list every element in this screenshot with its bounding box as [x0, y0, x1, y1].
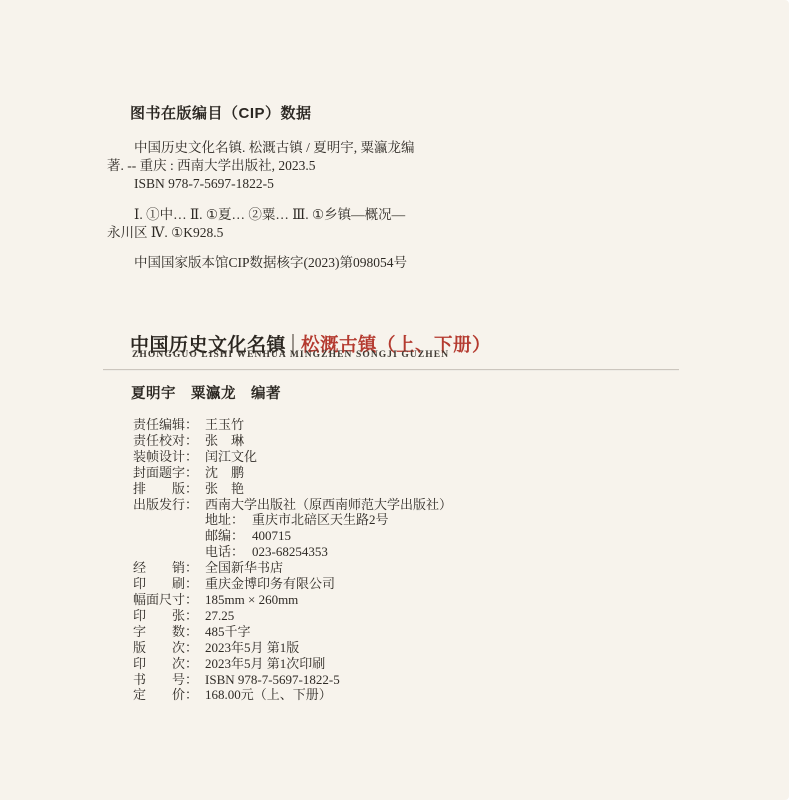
- divider-rule: [103, 369, 679, 371]
- colophon-label: 字 数：: [133, 624, 198, 640]
- colophon-value: 2023年5月 第1版: [205, 640, 299, 655]
- cip-paragraph-bibliographic: 中国历史文化名镇. 松溉古镇 / 夏明宇, 粟瀛龙编著. -- 重庆 : 西南大…: [107, 139, 687, 193]
- cip-line: 著. -- 重庆 : 西南大学出版社, 2023.5: [107, 157, 687, 175]
- colophon-row: 经 销：全国新华书店: [133, 560, 452, 576]
- cip-line: 永川区 Ⅳ. ①K928.5: [107, 224, 687, 242]
- colophon-label: 印 张：: [133, 608, 198, 624]
- book-copyright-page: 图书在版编目（CIP）数据 中国历史文化名镇. 松溉古镇 / 夏明宇, 粟瀛龙编…: [0, 0, 800, 800]
- colophon-value: 27.25: [205, 608, 234, 623]
- colophon-label: 书 号：: [133, 672, 198, 688]
- colophon-row: 责任校对：张 琳: [133, 433, 452, 449]
- colophon-label: 排 版：: [133, 481, 198, 497]
- cip-line: 中国历史文化名镇. 松溉古镇 / 夏明宇, 粟瀛龙编: [107, 139, 687, 157]
- colophon-value: 全国新华书店: [205, 560, 283, 575]
- colophon-value: 王玉竹: [205, 417, 244, 432]
- colophon-row: 排 版：张 艳: [133, 481, 452, 497]
- colophon-value: 重庆金博印务有限公司: [205, 576, 335, 591]
- colophon-value: 168.00元（上、下册）: [205, 687, 332, 702]
- cip-block: 中国历史文化名镇. 松溉古镇 / 夏明宇, 粟瀛龙编著. -- 重庆 : 西南大…: [107, 139, 687, 272]
- authors-line: 夏明宇 粟瀛龙 编著: [131, 382, 281, 403]
- colophon-value: 张 艳: [205, 481, 244, 496]
- page-surface: 图书在版编目（CIP）数据 中国历史文化名镇. 松溉古镇 / 夏明宇, 粟瀛龙编…: [0, 0, 789, 800]
- colophon-label: 责任编辑：: [133, 417, 198, 433]
- colophon-row: 印 刷：重庆金博印务有限公司: [133, 576, 452, 592]
- cip-paragraph-registration: 中国国家版本馆CIP数据核字(2023)第098054号: [107, 254, 687, 272]
- colophon-value: 重庆市北碚区天生路2号: [252, 512, 389, 527]
- colophon-value: 张 琳: [205, 433, 244, 448]
- colophon-label: 地址：: [205, 512, 244, 528]
- colophon-value: ISBN 978-7-5697-1822-5: [205, 672, 340, 687]
- colophon-value: 400715: [252, 528, 291, 543]
- cip-heading: 图书在版编目（CIP）数据: [130, 102, 312, 123]
- colophon-row: 幅面尺寸：185mm × 260mm: [133, 592, 452, 608]
- colophon-row: 字 数：485千字: [133, 624, 452, 640]
- colophon-label: 封面题字：: [133, 465, 198, 481]
- colophon-label: 经 销：: [133, 560, 198, 576]
- colophon-row: 出版发行：西南大学出版社（原西南师范大学出版社）: [133, 497, 452, 513]
- colophon-label: 责任校对：: [133, 433, 198, 449]
- colophon-row: 责任编辑：王玉竹: [133, 417, 452, 433]
- colophon-label: 电话：: [205, 544, 244, 560]
- colophon-value: 西南大学出版社（原西南师范大学出版社）: [205, 497, 452, 512]
- colophon-row: 印 次：2023年5月 第1次印刷: [133, 656, 452, 672]
- colophon-row: 书 号：ISBN 978-7-5697-1822-5: [133, 672, 452, 688]
- colophon-value: 2023年5月 第1次印刷: [205, 656, 325, 671]
- colophon-label: 装帧设计：: [133, 449, 198, 465]
- colophon-label: 定 价：: [133, 687, 198, 703]
- colophon-row: 版 次：2023年5月 第1版: [133, 640, 452, 656]
- colophon-value: 沈 鹏: [205, 465, 244, 480]
- cip-line: 中国国家版本馆CIP数据核字(2023)第098054号: [107, 254, 687, 272]
- colophon-label: 印 次：: [133, 656, 198, 672]
- colophon-value: 闰江文化: [205, 449, 257, 464]
- colophon-row: 装帧设计：闰江文化: [133, 449, 452, 465]
- colophon-label: 印 刷：: [133, 576, 198, 592]
- colophon-value: 023-68254353: [252, 544, 328, 559]
- colophon-label: 出版发行：: [133, 497, 198, 513]
- colophon-label: 幅面尺寸：: [133, 592, 198, 608]
- colophon-label: 邮编：: [205, 528, 244, 544]
- colophon-row: 封面题字：沈 鹏: [133, 465, 452, 481]
- colophon-row: 印 张：27.25: [133, 608, 452, 624]
- cip-paragraph-classification: Ⅰ. ①中… Ⅱ. ①夏… ②粟… Ⅲ. ①乡镇—概况—永川区 Ⅳ. ①K928…: [107, 206, 687, 242]
- colophon-row: 定 价：168.00元（上、下册）: [133, 687, 452, 703]
- colophon-value: 485千字: [205, 624, 251, 639]
- title-pinyin: ZHONGGUO LISHI WENHUA MINGZHEN SONGJI GU…: [132, 350, 449, 360]
- cip-line: Ⅰ. ①中… Ⅱ. ①夏… ②粟… Ⅲ. ①乡镇—概况—: [107, 206, 687, 224]
- colophon-block: 责任编辑：王玉竹 责任校对：张 琳 装帧设计：闰江文化 封面题字：沈 鹏 排 版…: [133, 417, 452, 703]
- colophon-label: 版 次：: [133, 640, 198, 656]
- colophon-row: 电话：023-68254353: [205, 544, 452, 560]
- colophon-row: 地址：重庆市北碚区天生路2号: [205, 512, 452, 528]
- colophon-value: 185mm × 260mm: [205, 592, 298, 607]
- colophon-row: 邮编：400715: [205, 528, 452, 544]
- cip-line: ISBN 978-7-5697-1822-5: [107, 175, 687, 193]
